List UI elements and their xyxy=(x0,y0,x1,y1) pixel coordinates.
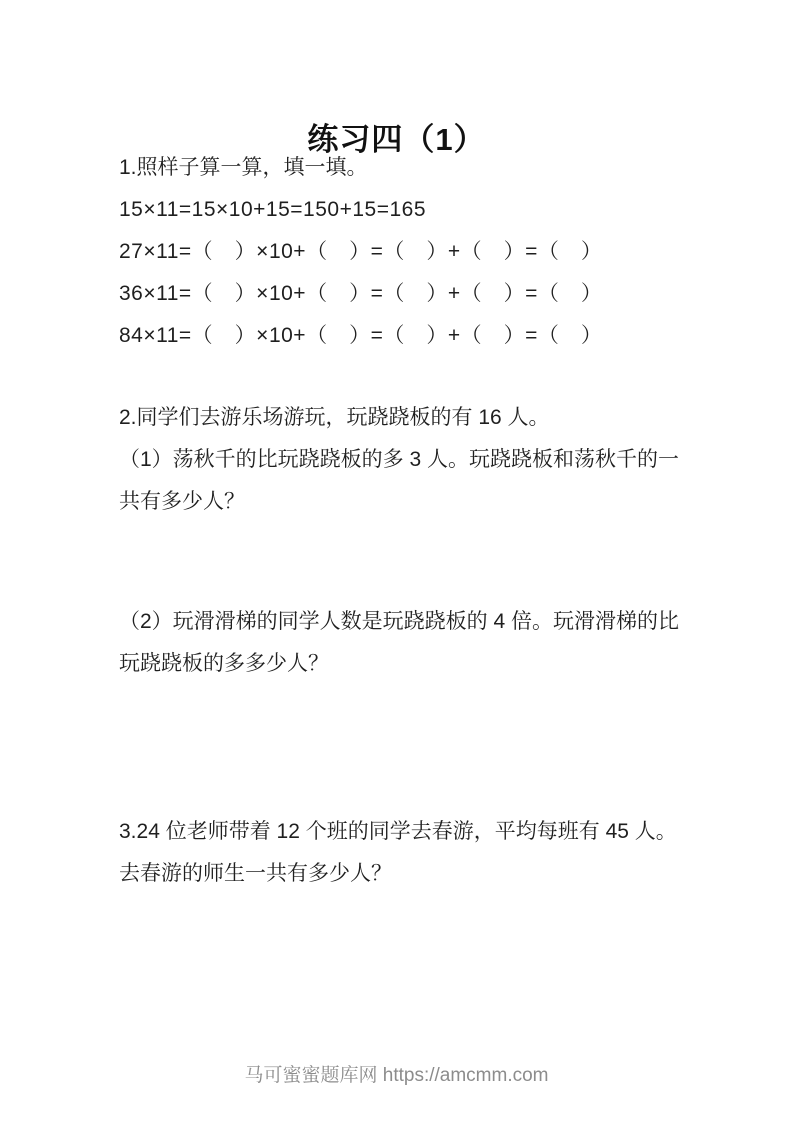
problem2-subquestion-1: （1）荡秋千的比玩跷跷板的多 3 人。玩跷跷板和荡秋千的一共有多少人？ xyxy=(119,439,685,523)
problem1-example-equation: 15×11=15×10+15=150+15=165 xyxy=(119,189,685,231)
problem3-prompt: 3.24 位老师带着 12 个班的同学去春游，平均每班有 45 人。去春游的师生… xyxy=(119,811,685,895)
problem2-subquestion-2: （2）玩滑滑梯的同学人数是玩跷跷板的 4 倍。玩滑滑梯的比玩跷跷板的多多少人？ xyxy=(119,601,685,685)
footer-watermark: 马可蜜蜜题库网 https://amcmm.com xyxy=(0,1062,793,1090)
problem1-equation-blank: 27×11=（ ）×10+（ ）=（ ）+（ ）=（ ） xyxy=(119,231,685,273)
problem1-prompt: 1.照样子算一算，填一填。 xyxy=(119,147,685,189)
problem2-prompt: 2.同学们去游乐场游玩，玩跷跷板的有 16 人。 xyxy=(119,397,685,439)
worksheet-page: 练习四（1） 1.照样子算一算，填一填。 15×11=15×10+15=150+… xyxy=(0,0,793,1122)
problem1-equation-blank: 84×11=（ ）×10+（ ）=（ ）+（ ）=（ ） xyxy=(119,315,685,357)
problem1-equation-blank: 36×11=（ ）×10+（ ）=（ ）+（ ）=（ ） xyxy=(119,273,685,315)
